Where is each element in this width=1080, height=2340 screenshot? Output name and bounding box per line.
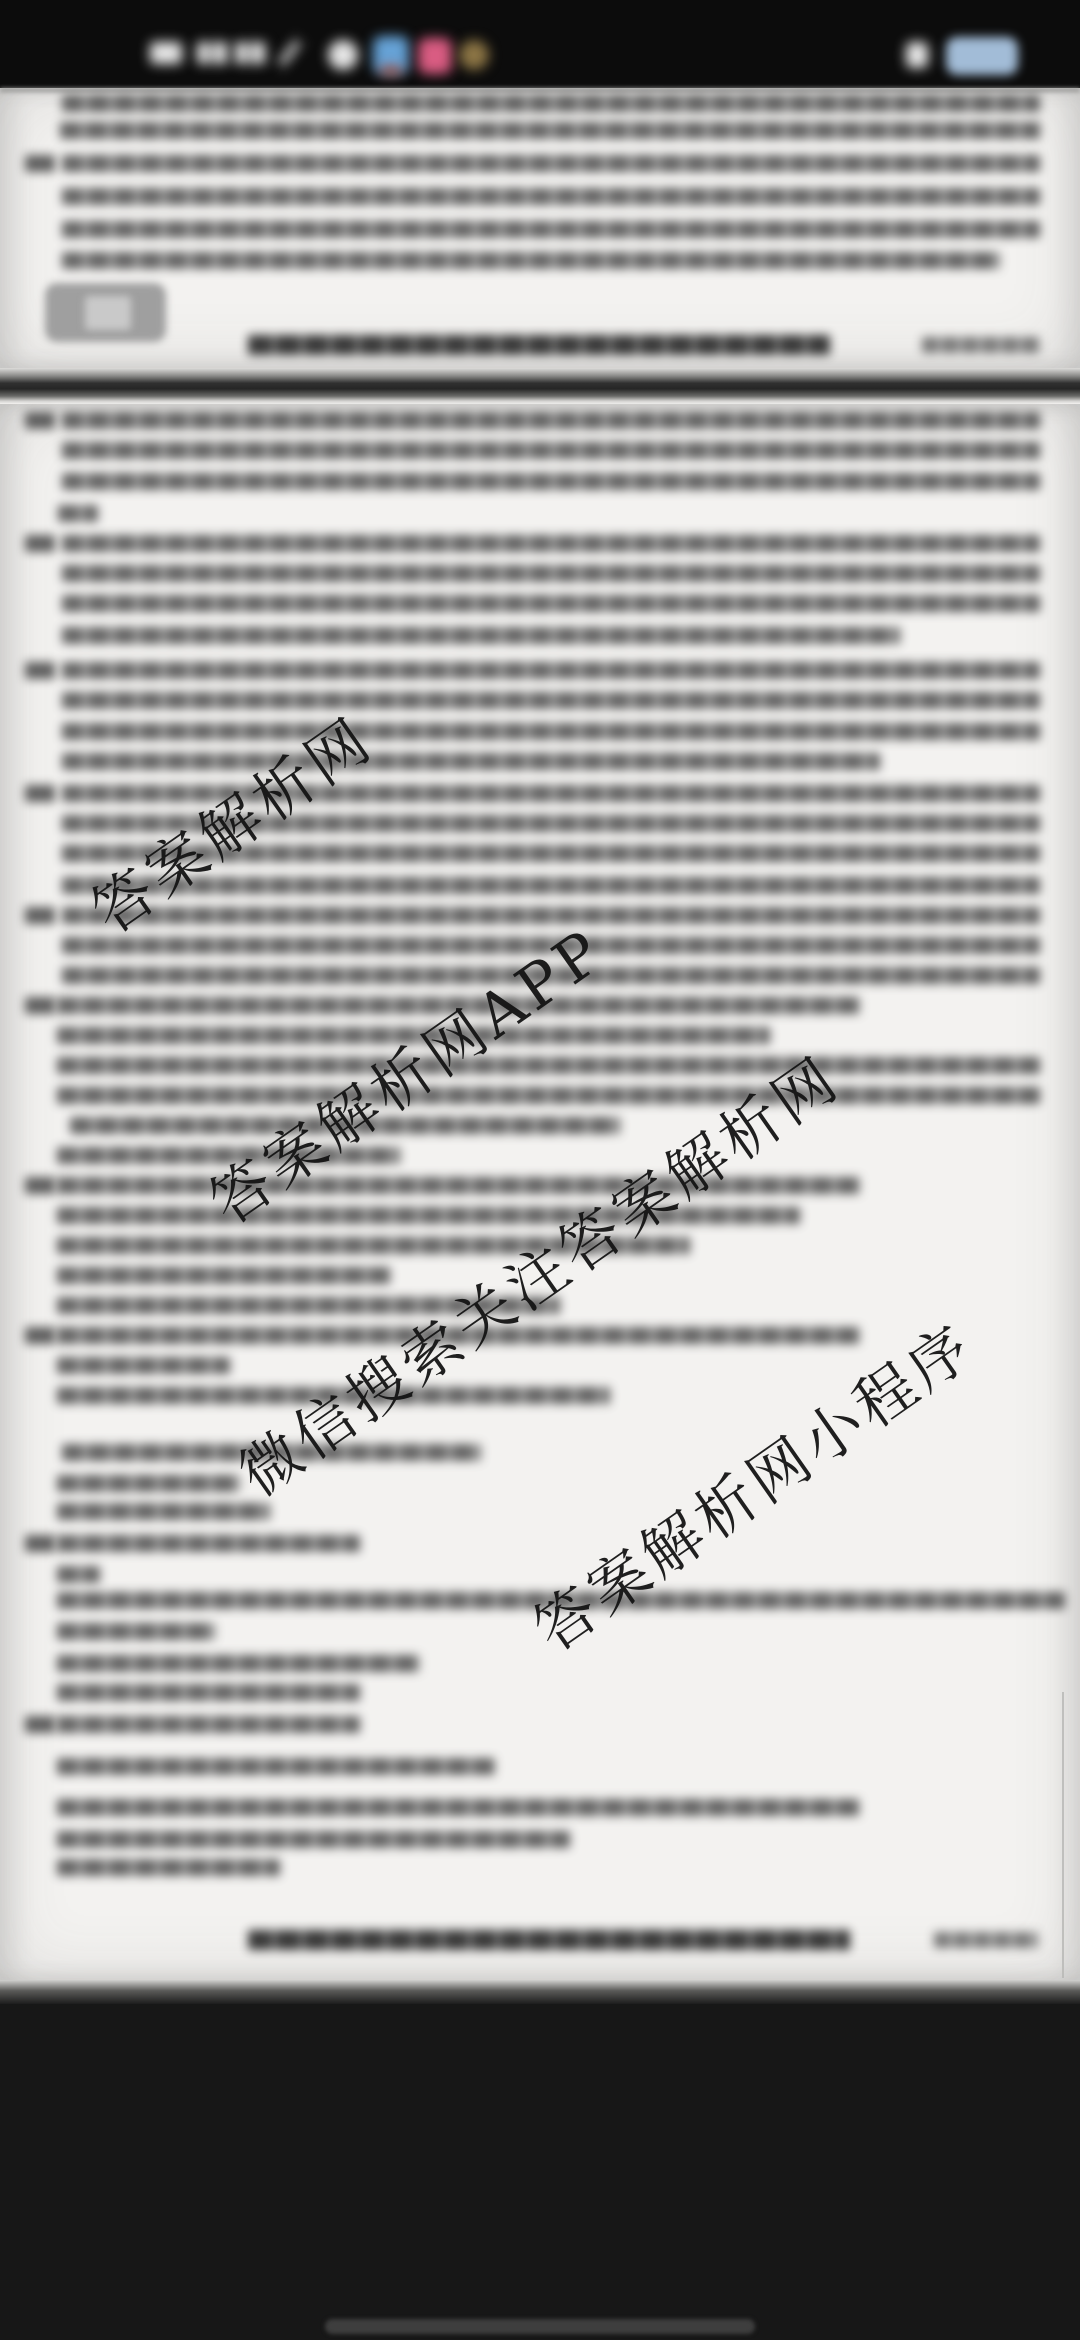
blurred-text-line	[62, 662, 1040, 679]
blurred-text-line	[62, 595, 1040, 612]
blurred-text-line	[57, 1758, 495, 1775]
blurred-text-line	[57, 1535, 360, 1552]
blurred-item-number	[25, 785, 55, 802]
blurred-text-line	[57, 1267, 390, 1284]
blurred-item-number	[25, 997, 55, 1014]
blurred-text-line	[57, 1799, 860, 1816]
blurred-text-line	[62, 692, 1040, 709]
page-right-edge	[1062, 1692, 1064, 1978]
blurred-text-line	[62, 907, 1040, 924]
blurred-text-line	[57, 1503, 270, 1520]
blurred-text-line	[57, 1475, 240, 1492]
home-indicator[interactable]	[325, 2319, 755, 2334]
blurred-item-number	[25, 662, 55, 679]
blurred-text-line	[62, 412, 1040, 429]
blurred-text-line	[58, 505, 98, 522]
blurred-text-line	[57, 1357, 230, 1374]
blurred-text-line	[57, 1623, 215, 1640]
blurred-text-line	[62, 565, 1040, 582]
blurred-text-line	[57, 1057, 1040, 1074]
blurred-item-number	[25, 1327, 55, 1344]
blurred-text-line	[62, 535, 1040, 552]
blurred-item-number	[25, 535, 55, 552]
blurred-item-number	[25, 1535, 55, 1552]
blurred-text-line	[57, 1655, 420, 1672]
blurred-item-number	[25, 907, 55, 924]
blurred-footer-text	[934, 1932, 1038, 1948]
blurred-text-line	[62, 473, 1040, 490]
blurred-item-number	[25, 412, 55, 429]
blurred-text-line	[57, 1087, 1040, 1104]
blurred-text-line	[57, 1684, 360, 1701]
blurred-text-line	[62, 627, 900, 644]
bottom-void	[0, 2004, 1080, 2340]
blurred-text-line	[57, 1716, 360, 1733]
screen: 答案解析网 答案解析网APP 微信搜索关注答案解析网 答案解析网小程序	[0, 0, 1080, 2340]
blurred-text-line	[62, 723, 1040, 740]
blurred-text-line	[57, 1859, 280, 1876]
blurred-item-number	[25, 1177, 55, 1194]
blurred-text-line	[57, 1566, 100, 1583]
blurred-text-line	[62, 442, 1040, 459]
blurred-footer-text	[248, 1930, 850, 1950]
page-bottom-edge	[0, 1980, 1080, 2004]
blurred-text-line	[62, 753, 880, 770]
blurred-item-number	[25, 1716, 55, 1733]
blurred-text-line	[57, 1831, 570, 1848]
